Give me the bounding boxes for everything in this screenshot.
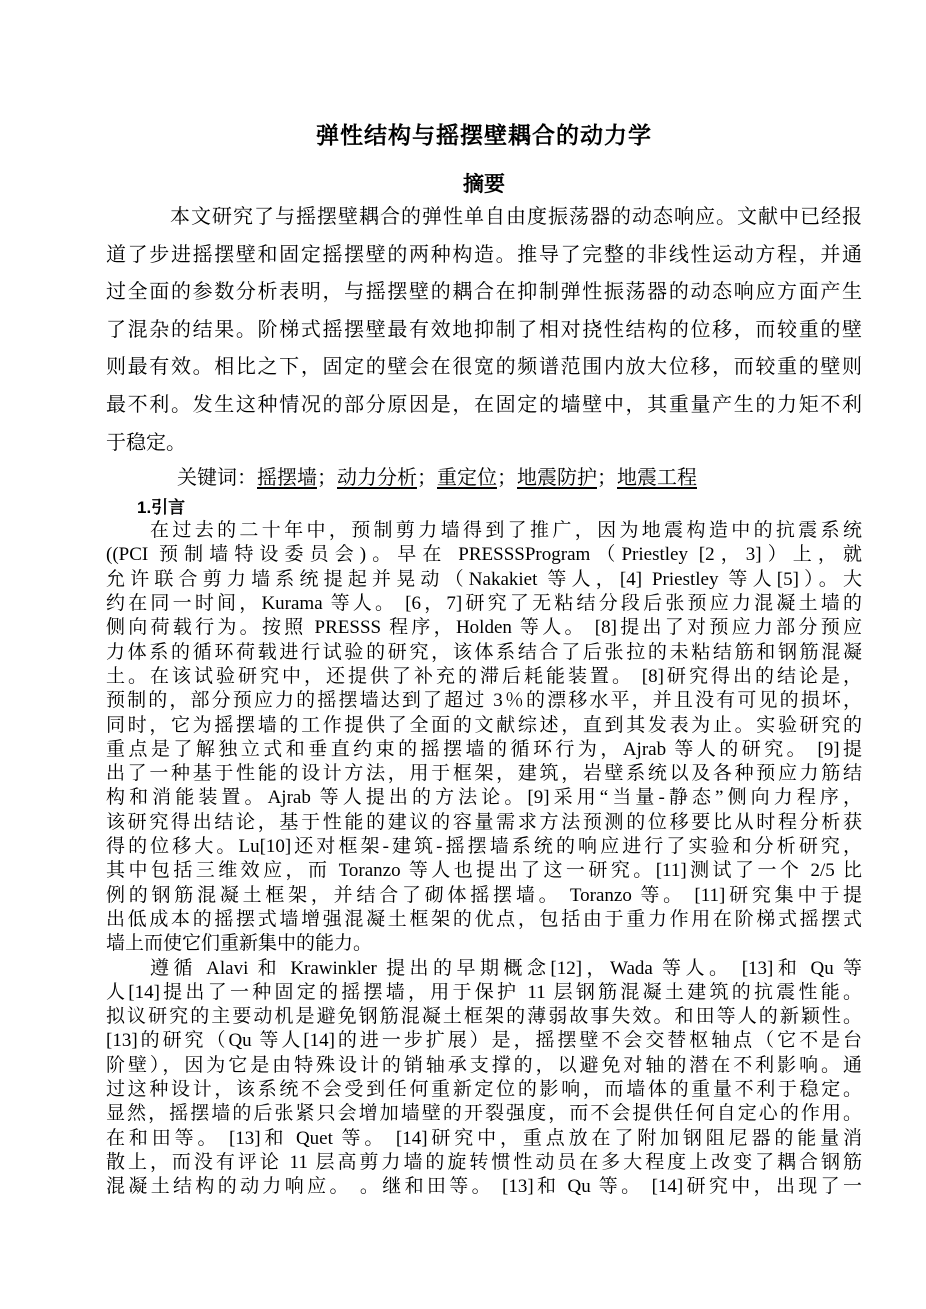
intro-paragraph-2: 遵循 Alavi 和 Krawinkler 提出的早期概念[12]，Wada 等…	[106, 957, 862, 1200]
text-line: 在和田等。 [13]和 Quet 等。 [14]研究中，重点放在了附加钢阻尼器的…	[106, 1127, 862, 1151]
text-line: 墙上而使它们重新集中的能力。	[106, 932, 862, 956]
text-line: 构和消能装置。Ajrab 等人提出的方法论。[9]采用“当量-静态”侧向力程序，	[106, 786, 862, 810]
abstract-line: 了混杂的结果。阶梯式摇摆壁最有效地抑制了相对挠性结构的位移，而较重的壁	[106, 312, 862, 350]
text-line: 人[14]提出了一种固定的摇摆墙，用于保护 11 层钢筋混凝土建筑的抗震性能。	[106, 981, 862, 1005]
text-line: 阶壁），因为它是由特殊设计的销轴承支撑的，以避免对轴的潜在不利影响。通	[106, 1054, 862, 1078]
text-line: 散上，而没有评论 11 层高剪力墙的旋转惯性动员在多大程度上改变了耦合钢筋	[106, 1151, 862, 1175]
text-line: 其中包括三维效应，而 Toranzo 等人也提出了这一研究。[11]测试了一个 …	[106, 859, 862, 883]
text-line: 显然，摇摆墙的后张紧只会增加墙壁的开裂强度，而不会提供任何自定心的作用。	[106, 1102, 862, 1126]
text-line: [13]的研究（Qu 等人[14]的进一步扩展）是，摇摆壁不会交替枢轴点（它不是…	[106, 1029, 862, 1053]
intro-paragraph-1: 在过去的二十年中，预制剪力墙得到了推广，因为地震构造中的抗震系统 ((PCI 预…	[106, 519, 862, 956]
keyword: 地震工程	[617, 467, 697, 489]
keyword: 地震防护	[517, 467, 597, 489]
text-line: 在过去的二十年中，预制剪力墙得到了推广，因为地震构造中的抗震系统	[106, 519, 862, 543]
keyword: 动力分析	[337, 467, 417, 489]
keyword-separator: ；	[597, 467, 617, 489]
text-line: 约在同一时间，Kurama 等人。 [6，7]研究了无粘结分段后张预应力混凝土墙…	[106, 592, 862, 616]
section-heading-introduction: 1.引言	[137, 497, 862, 519]
text-line: 允许联合剪力墙系统提起并晃动（Nakakiet 等人，[4] Priestley…	[106, 568, 862, 592]
abstract-line: 过全面的参数分析表明，与摇摆壁的耦合在抑制弹性振荡器的动态响应方面产生	[106, 274, 862, 312]
text-line: 出低成本的摇摆式墙增强混凝土框架的优点，包括由于重力作用在阶梯式摇摆式	[106, 908, 862, 932]
text-line: 力体系的循环荷载进行试验的研究，该体系结合了后张拉的未粘结筋和钢筋混凝	[106, 641, 862, 665]
text-line: 侧向荷载行为。按照 PRESSS 程序，Holden 等人。 [8]提出了对预应…	[106, 616, 862, 640]
keyword-separator: ；	[317, 467, 337, 489]
abstract-line: 则最有效。相比之下，固定的壁会在很宽的频谱范围内放大位移，而较重的壁则	[106, 349, 862, 387]
text-line: 过这种设计，该系统不会受到任何重新定位的影响，而墙体的重量不利于稳定。	[106, 1078, 862, 1102]
text-line: 出了一种基于性能的设计方法，用于框架，建筑，岩壁系统以及各种预应力筋结	[106, 762, 862, 786]
abstract-line: 本文研究了与摇摆壁耦合的弹性单自由度振荡器的动态响应。文献中已经报	[106, 199, 862, 237]
keyword: 摇摆墙	[257, 467, 317, 489]
text-line: 混凝土结构的动力响应。 。继和田等。 [13]和 Qu 等。 [14]研究中，出…	[106, 1175, 862, 1199]
abstract-line: 最不利。发生这种情况的部分原因是，在固定的墙壁中，其重量产生的力矩不利	[106, 387, 862, 425]
text-line: 同时，它为摇摆墙的工作提供了全面的文献综述，直到其发表为止。实验研究的	[106, 714, 862, 738]
abstract-paragraph: 本文研究了与摇摆壁耦合的弹性单自由度振荡器的动态响应。文献中已经报 道了步进摇摆…	[106, 199, 862, 462]
document-page: 弹性结构与摇摆壁耦合的动力学 摘要 本文研究了与摇摆壁耦合的弹性单自由度振荡器的…	[0, 0, 926, 1309]
text-line: 重点是了解独立式和垂直约束的摇摆墙的循环行为，Ajrab 等人的研究。 [9]提	[106, 738, 862, 762]
text-line: 遵循 Alavi 和 Krawinkler 提出的早期概念[12]，Wada 等…	[106, 957, 862, 981]
text-line: 预制的，部分预应力的摇摆墙达到了超过 3％的漂移水平，并且没有可见的损坏，	[106, 689, 862, 713]
text-line: 该研究得出结论，基于性能的建议的容量需求方法预测的位移要比从时程分析获	[106, 811, 862, 835]
keywords-label: 关键词：	[177, 467, 257, 489]
keywords-line: 关键词：摇摆墙；动力分析；重定位；地震防护；地震工程	[106, 462, 862, 495]
text-line: ((PCI 预制墙特设委员会)。早在 PRESSSProgram（Priestl…	[106, 543, 862, 567]
keyword-separator: ；	[497, 467, 517, 489]
keyword: 重定位	[437, 467, 497, 489]
text-line: 拟议研究的主要动机是避免钢筋混凝土框架的薄弱故事失效。和田等人的新颖性。	[106, 1005, 862, 1029]
abstract-line: 于稳定。	[106, 425, 862, 463]
abstract-heading: 摘要	[106, 172, 862, 198]
text-line: 得的位移大。Lu[10]还对框架-建筑-摇摆墙系统的响应进行了实验和分析研究，	[106, 835, 862, 859]
paper-title: 弹性结构与摇摆壁耦合的动力学	[106, 121, 862, 149]
text-line: 例的钢筋混凝土框架，并结合了砌体摇摆墙。 Toranzo 等。 [11]研究集中…	[106, 884, 862, 908]
text-column: 弹性结构与摇摆壁耦合的动力学 摘要 本文研究了与摇摆壁耦合的弹性单自由度振荡器的…	[106, 0, 862, 1199]
abstract-line: 道了步进摇摆壁和固定摇摆壁的两种构造。推导了完整的非线性运动方程，并通	[106, 237, 862, 275]
keyword-separator: ；	[417, 467, 437, 489]
text-line: 土。在该试验研究中，还提供了补充的滞后耗能装置。 [8]研究得出的结论是，	[106, 665, 862, 689]
